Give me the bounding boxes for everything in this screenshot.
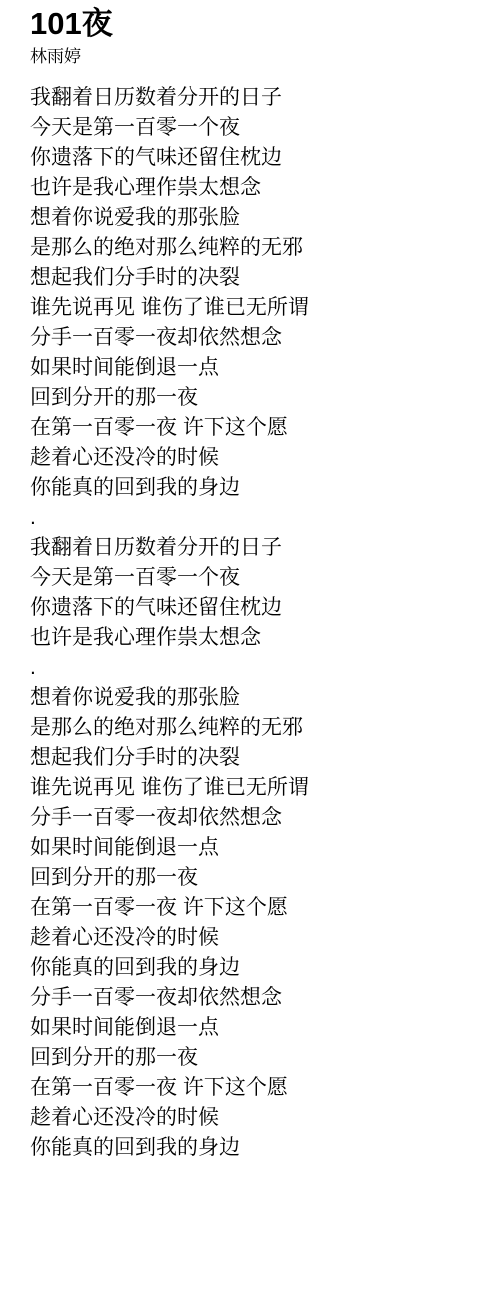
lyric-line: 想着你说爱我的那张脸 bbox=[30, 203, 480, 233]
lyric-line: . bbox=[30, 503, 480, 533]
lyric-line: 你能真的回到我的身边 bbox=[30, 1133, 480, 1163]
lyric-line: 你遗落下的气味还留住枕边 bbox=[30, 143, 480, 173]
lyric-line: 分手一百零一夜却依然想念 bbox=[30, 983, 480, 1013]
lyric-line: 谁先说再见 谁伤了谁已无所谓 bbox=[30, 293, 480, 323]
lyric-line: 你能真的回到我的身边 bbox=[30, 953, 480, 983]
lyric-line: 在第一百零一夜 许下这个愿 bbox=[30, 893, 480, 923]
lyric-line: 回到分开的那一夜 bbox=[30, 383, 480, 413]
lyric-line: 今天是第一百零一个夜 bbox=[30, 113, 480, 143]
lyric-line: 回到分开的那一夜 bbox=[30, 1043, 480, 1073]
lyric-line: 是那么的绝对那么纯粹的无邪 bbox=[30, 233, 480, 263]
song-title: 101夜 bbox=[30, 5, 480, 43]
lyric-line: 也许是我心理作祟太想念 bbox=[30, 623, 480, 653]
lyric-line: 分手一百零一夜却依然想念 bbox=[30, 803, 480, 833]
lyric-line: 如果时间能倒退一点 bbox=[30, 353, 480, 383]
lyric-line: 回到分开的那一夜 bbox=[30, 863, 480, 893]
lyric-line: 也许是我心理作祟太想念 bbox=[30, 173, 480, 203]
lyric-line: 你遗落下的气味还留住枕边 bbox=[30, 593, 480, 623]
lyric-line: 你能真的回到我的身边 bbox=[30, 473, 480, 503]
artist-name: 林雨婷 bbox=[30, 45, 480, 68]
lyric-line: 在第一百零一夜 许下这个愿 bbox=[30, 413, 480, 443]
lyric-line: 趁着心还没冷的时候 bbox=[30, 443, 480, 473]
lyric-line: 谁先说再见 谁伤了谁已无所谓 bbox=[30, 773, 480, 803]
lyric-line: 我翻着日历数着分开的日子 bbox=[30, 83, 480, 113]
lyric-line: 是那么的绝对那么纯粹的无邪 bbox=[30, 713, 480, 743]
lyric-line: . bbox=[30, 653, 480, 683]
lyric-line: 想起我们分手时的决裂 bbox=[30, 743, 480, 773]
lyric-line: 趁着心还没冷的时候 bbox=[30, 1103, 480, 1133]
lyric-line: 想起我们分手时的决裂 bbox=[30, 263, 480, 293]
lyric-line: 我翻着日历数着分开的日子 bbox=[30, 533, 480, 563]
lyric-line: 如果时间能倒退一点 bbox=[30, 1013, 480, 1043]
lyric-line: 如果时间能倒退一点 bbox=[30, 833, 480, 863]
lyric-line: 今天是第一百零一个夜 bbox=[30, 563, 480, 593]
lyrics-page: 101夜 林雨婷 我翻着日历数着分开的日子今天是第一百零一个夜你遗落下的气味还留… bbox=[0, 0, 500, 1163]
lyric-line: 趁着心还没冷的时候 bbox=[30, 923, 480, 953]
lyrics-block: 我翻着日历数着分开的日子今天是第一百零一个夜你遗落下的气味还留住枕边也许是我心理… bbox=[30, 83, 480, 1163]
lyric-line: 想着你说爱我的那张脸 bbox=[30, 683, 480, 713]
lyric-line: 在第一百零一夜 许下这个愿 bbox=[30, 1073, 480, 1103]
lyric-line: 分手一百零一夜却依然想念 bbox=[30, 323, 480, 353]
